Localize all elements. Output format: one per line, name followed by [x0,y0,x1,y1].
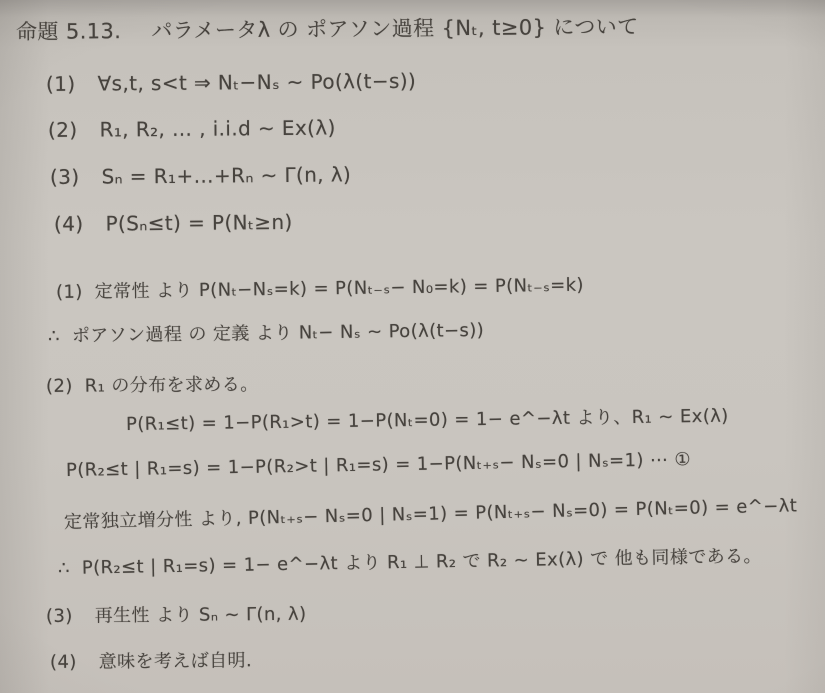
therefore-symbol-2: ∴ [58,558,70,579]
proof-2-text-4: P(R₂≤t | R₁=s) = 1− e^−λt より R₁ ⊥ R₂ で R… [82,546,762,579]
claim-2-label: (2) [48,118,78,142]
proof-1-text-2: ポアソン過程 の 定義 より Nₜ− Nₛ ~ Po(λ(t−s)) [72,320,485,347]
proof-1-label: (1) [56,282,83,303]
claim-3-text: Sₙ = R₁+…+Rₙ ~ Γ(n, λ) [101,162,351,188]
proof-2-text-1: P(R₁≤t) = 1−P(R₁>t) = 1−P(Nₜ=0) = 1− e^−… [126,406,729,435]
proof-2-line-3: 定常独立増分性 より, P(Nₜ₊ₛ− Nₛ=0 | Nₛ=1) = P(Nₜ₊… [64,491,798,534]
proof-3-text: 再生性 より Sₙ ~ Γ(n, λ) [95,604,307,627]
proof-2-line-1: P(R₁≤t) = 1−P(R₁>t) = 1−P(Nₜ=0) = 1− e^−… [126,402,729,436]
proof-2-text-2: P(R₂≤t | R₁=s) = 1−P(R₂>t | R₁=s) = 1−P(… [66,449,691,481]
claim-4-label: (4) [54,212,84,236]
proof-1-line-1: (1)定常性 より P(Nₜ−Nₛ=k) = P(Nₜ₋ₛ− N₀=k) = P… [56,271,584,304]
claim-4-text: P(Sₙ≤t) = P(Nₜ≥n) [105,210,292,236]
proof-2-line-4: ∴P(R₂≤t | R₁=s) = 1− e^−λt より R₁ ⊥ R₂ で … [58,542,762,580]
notebook-page: 命題 5.13.パラメータλ の ポアソン過程 {Nₜ, t≥0} について (… [0,0,825,693]
claim-1-line: (1)∀s,t, s<t ⇒ Nₜ−Nₛ ~ Po(λ(t−s)) [46,69,416,96]
proof-1-text-1: 定常性 より P(Nₜ−Nₛ=k) = P(Nₜ₋ₛ− N₀=k) = P(Nₜ… [95,275,584,303]
proof-3-label: (3) [46,606,73,627]
claim-3-line: (3)Sₙ = R₁+…+Rₙ ~ Γ(n, λ) [50,162,351,189]
claim-2-line: (2)R₁, R₂, … , i.i.d ~ Ex(λ) [48,115,336,142]
proof-4-line: (4)意味を考えば自明. [50,646,252,674]
proposition-title-line: 命題 5.13.パラメータλ の ポアソン過程 {Nₜ, t≥0} について [16,11,639,46]
claim-3-label: (3) [50,165,80,189]
proof-3-line: (3)再生性 より Sₙ ~ Γ(n, λ) [46,600,307,628]
claim-4-line: (4)P(Sₙ≤t) = P(Nₜ≥n) [54,210,293,236]
proof-1-line-2: ∴ポアソン過程 の 定義 より Nₜ− Nₛ ~ Po(λ(t−s)) [48,316,484,348]
proposition-number: 命題 5.13. [16,15,122,46]
proof-2-text-3: 定常独立増分性 より, P(Nₜ₊ₛ− Nₛ=0 | Nₛ=1) = P(Nₜ₊… [64,495,798,533]
proof-2-header-text: R₁ の分布を求める。 [85,374,259,397]
claim-2-text: R₁, R₂, … , i.i.d ~ Ex(λ) [99,115,335,141]
therefore-symbol-1: ∴ [48,326,60,347]
proof-4-label: (4) [50,652,77,673]
proof-2-header-line: (2)R₁ の分布を求める。 [46,370,259,398]
proposition-statement: パラメータλ の ポアソン過程 {Nₜ, t≥0} について [151,15,638,43]
proof-4-text: 意味を考えば自明. [99,650,253,672]
proof-2-label: (2) [46,376,73,397]
claim-1-text: ∀s,t, s<t ⇒ Nₜ−Nₛ ~ Po(λ(t−s)) [97,69,416,96]
claim-1-label: (1) [46,72,76,96]
proof-2-line-2: P(R₂≤t | R₁=s) = 1−P(R₂>t | R₁=s) = 1−P(… [66,449,691,481]
